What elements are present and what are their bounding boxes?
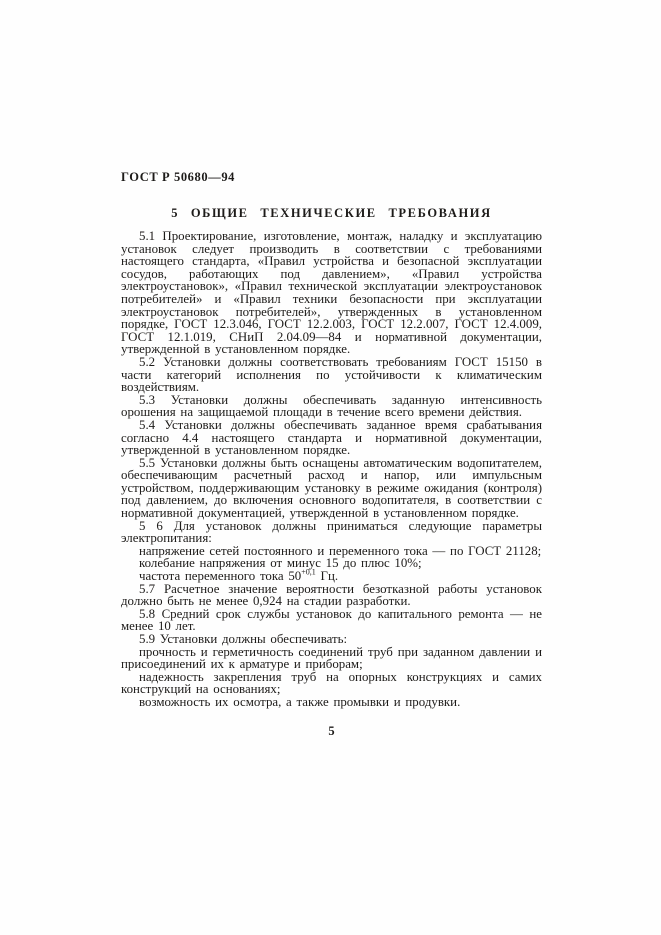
- section-title: 5 ОБЩИЕ ТЕХНИЧЕСКИЕ ТРЕБОВАНИЯ: [121, 206, 542, 221]
- document-standard-number: ГОСТ Р 50680—94: [121, 170, 542, 185]
- paragraph-5-2: 5.2 Установки должны соответствовать тре…: [121, 356, 542, 394]
- document-page: ГОСТ Р 50680—94 5 ОБЩИЕ ТЕХНИЧЕСКИЕ ТРЕБ…: [0, 0, 661, 935]
- paragraph-5-7: 5.7 Расчетное значение вероятности безот…: [121, 583, 542, 608]
- list-item-fastening: надежность закрепления труб на опорных к…: [121, 671, 542, 696]
- list-item-inspection: возможность их осмотра, а также промывки…: [121, 696, 542, 709]
- frequency-unit: Гц.: [316, 569, 338, 583]
- document-content: ГОСТ Р 50680—94 5 ОБЩИЕ ТЕХНИЧЕСКИЕ ТРЕБ…: [121, 170, 542, 739]
- list-item-frequency: частота переменного тока 50+0,1 Гц.: [121, 570, 542, 583]
- paragraph-5-3: 5.3 Установки должны обеспечивать заданн…: [121, 394, 542, 419]
- page-number: 5: [121, 724, 542, 739]
- paragraph-5-9: 5.9 Установки должны обеспечивать:: [121, 633, 542, 646]
- list-item-strength: прочность и герметичность соединений тру…: [121, 646, 542, 671]
- paragraph-5-6: 5 6 Для установок должны приниматься сле…: [121, 520, 542, 545]
- paragraph-5-5: 5.5 Установки должны быть оснащены автом…: [121, 457, 542, 520]
- paragraph-5-4: 5.4 Установки должны обеспечивать заданн…: [121, 419, 542, 457]
- paragraph-5-1: 5.1 Проектирование, изготовление, монтаж…: [121, 230, 542, 356]
- document-body: 5.1 Проектирование, изготовление, монтаж…: [121, 230, 542, 709]
- frequency-text: частота переменного тока 50: [139, 569, 301, 583]
- paragraph-5-8: 5.8 Средний срок службы установок до кап…: [121, 608, 542, 633]
- frequency-tolerance-superscript: +0,1: [301, 568, 316, 577]
